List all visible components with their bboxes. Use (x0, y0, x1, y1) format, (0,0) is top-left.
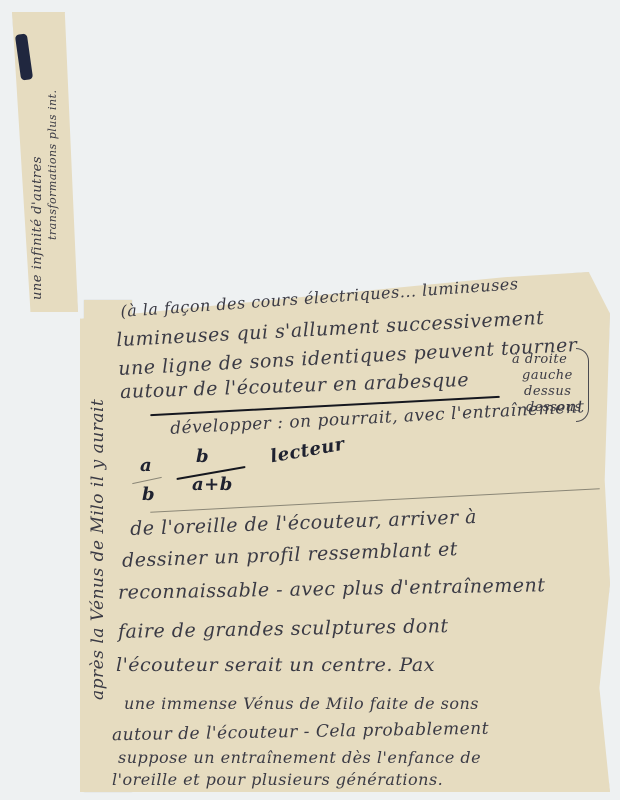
margin-vertical-note: après la Vénus de Milo il y aurait (88, 399, 108, 700)
strip-line-2: transformations plus int. (46, 90, 59, 241)
main-line-10: une immense Vénus de Milo faite de sons (124, 694, 479, 713)
option-above: dessus (524, 384, 571, 399)
formula-left-den: b (142, 484, 155, 505)
formula-right-den: a+b (192, 474, 233, 495)
formula-left-num: a (140, 455, 152, 476)
option-right: à droite (512, 352, 567, 367)
main-line-9: l'écouteur serait un centre. Pax (116, 654, 435, 676)
formula-right-num: b (196, 446, 209, 467)
strip-line-1: une infinité d'autres (30, 156, 45, 300)
main-line-13: l'oreille et pour plusieurs générations. (112, 770, 443, 789)
main-line-12: suppose un entraînement dès l'enfance de (118, 748, 481, 767)
option-left: gauche (522, 368, 573, 383)
